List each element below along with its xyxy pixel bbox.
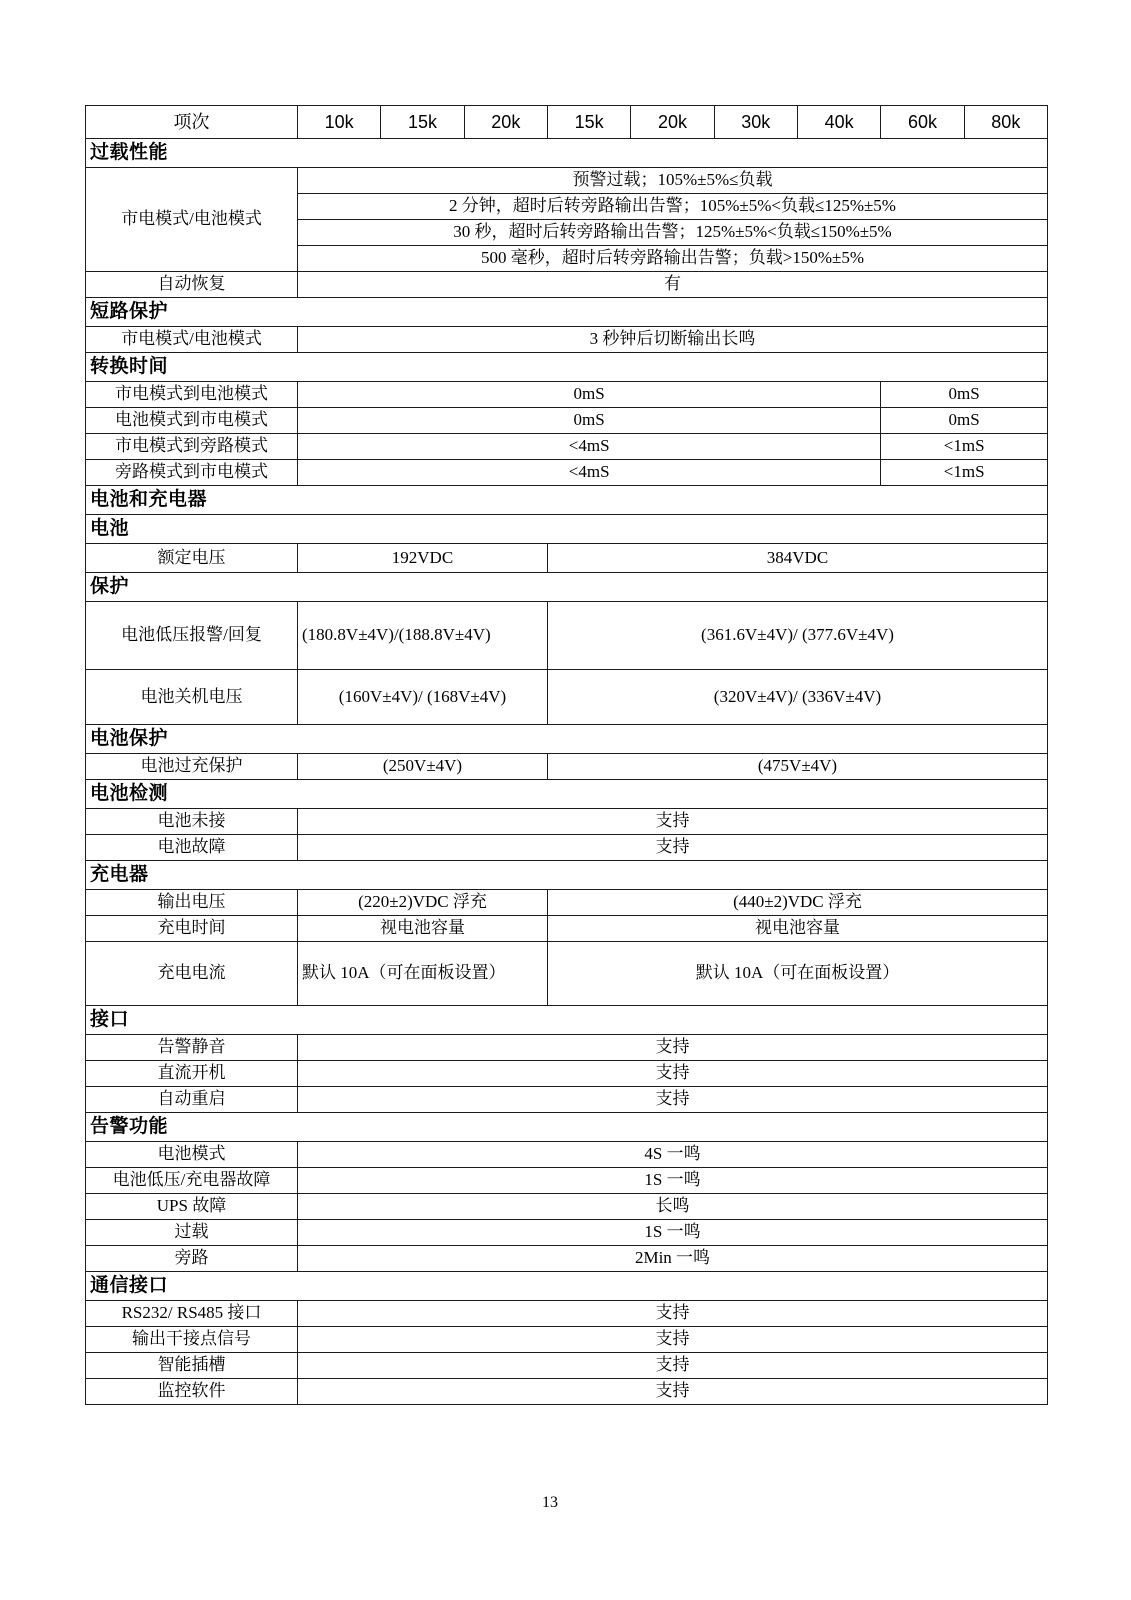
row-label: 市电模式/电池模式 xyxy=(86,327,298,353)
section-row: 电池检测 xyxy=(86,780,1048,809)
section-row: 保护 xyxy=(86,573,1048,602)
cell-value: 支持 xyxy=(298,1327,1048,1353)
section-row: 通信接口 xyxy=(86,1272,1048,1301)
cell-value: 384VDC xyxy=(547,544,1047,573)
table-row: 旁路2Min 一鸣 xyxy=(86,1246,1048,1272)
row-label: 监控软件 xyxy=(86,1379,298,1405)
cell-value: (160V±4V)/ (168V±4V) xyxy=(298,670,548,725)
row-label: 电池过充保护 xyxy=(86,754,298,780)
cell-value: (361.6V±4V)/ (377.6V±4V) xyxy=(547,602,1047,670)
table-row: 电池关机电压(160V±4V)/ (168V±4V)(320V±4V)/ (33… xyxy=(86,670,1048,725)
row-label: 充电时间 xyxy=(86,916,298,942)
section-row: 电池和充电器 xyxy=(86,486,1048,515)
table-row: 过载1S 一鸣 xyxy=(86,1220,1048,1246)
cell-value: 0mS xyxy=(881,382,1048,408)
row-label: 额定电压 xyxy=(86,544,298,573)
section-row: 短路保护 xyxy=(86,298,1048,327)
row-label: 电池模式 xyxy=(86,1142,298,1168)
section-title: 充电器 xyxy=(86,861,1048,890)
column-header: 10k xyxy=(298,106,381,139)
table-row: 旁路模式到市电模式<4mS<1mS xyxy=(86,460,1048,486)
row-label: 过载 xyxy=(86,1220,298,1246)
section-row: 转换时间 xyxy=(86,353,1048,382)
table-row: 电池未接支持 xyxy=(86,809,1048,835)
table-row: 监控软件支持 xyxy=(86,1379,1048,1405)
cell-value: 有 xyxy=(298,272,1048,298)
row-label: 直流开机 xyxy=(86,1061,298,1087)
cell-value: 默认 10A（可在面板设置） xyxy=(547,942,1047,1006)
table-row: 电池模式4S 一鸣 xyxy=(86,1142,1048,1168)
cell-value: 3 秒钟后切断输出长鸣 xyxy=(298,327,1048,353)
table-row: 直流开机支持 xyxy=(86,1061,1048,1087)
column-header: 80k xyxy=(964,106,1047,139)
cell-value: <1mS xyxy=(881,460,1048,486)
cell-value: (475V±4V) xyxy=(547,754,1047,780)
section-title: 通信接口 xyxy=(86,1272,1048,1301)
table-row: 充电时间视电池容量视电池容量 xyxy=(86,916,1048,942)
table-row: 电池模式到市电模式0mS0mS xyxy=(86,408,1048,434)
cell-value: <4mS xyxy=(298,434,881,460)
cell-value: 支持 xyxy=(298,1353,1048,1379)
cell-value: 默认 10A（可在面板设置） xyxy=(298,942,548,1006)
column-header: 15k xyxy=(547,106,630,139)
section-title: 电池和充电器 xyxy=(86,486,1048,515)
header-row: 项次10k15k20k15k20k30k40k60k80k xyxy=(86,106,1048,139)
cell-value: 2Min 一鸣 xyxy=(298,1246,1048,1272)
column-header: 20k xyxy=(464,106,547,139)
cell-value: 预警过载；105%±5%≤负载 xyxy=(298,168,1048,194)
section-title: 电池保护 xyxy=(86,725,1048,754)
table-row: 电池故障支持 xyxy=(86,835,1048,861)
table-row: 电池低压/充电器故障1S 一鸣 xyxy=(86,1168,1048,1194)
row-label: 自动重启 xyxy=(86,1087,298,1113)
column-header: 30k xyxy=(714,106,797,139)
column-header: 20k xyxy=(631,106,714,139)
cell-value: 支持 xyxy=(298,835,1048,861)
table-row: 充电电流默认 10A（可在面板设置）默认 10A（可在面板设置） xyxy=(86,942,1048,1006)
table-row: 智能插槽支持 xyxy=(86,1353,1048,1379)
row-label: 电池关机电压 xyxy=(86,670,298,725)
page-number: 13 xyxy=(0,1494,1100,1512)
row-label: 市电模式/电池模式 xyxy=(86,168,298,272)
section-row: 充电器 xyxy=(86,861,1048,890)
table-row: UPS 故障长鸣 xyxy=(86,1194,1048,1220)
table-header: 项次10k15k20k15k20k30k40k60k80k xyxy=(86,106,1048,139)
row-label: 输出电压 xyxy=(86,890,298,916)
cell-value: 30 秒，超时后转旁路输出告警；125%±5%<负载≤150%±5% xyxy=(298,220,1048,246)
cell-value: 4S 一鸣 xyxy=(298,1142,1048,1168)
section-title: 过载性能 xyxy=(86,139,1048,168)
table-body: 过载性能市电模式/电池模式预警过载；105%±5%≤负载2 分钟，超时后转旁路输… xyxy=(86,139,1048,1405)
row-label: 电池低压报警/回复 xyxy=(86,602,298,670)
cell-value: <1mS xyxy=(881,434,1048,460)
header-item-label: 项次 xyxy=(86,106,298,139)
row-label: 电池故障 xyxy=(86,835,298,861)
section-title: 转换时间 xyxy=(86,353,1048,382)
spec-table: 项次10k15k20k15k20k30k40k60k80k 过载性能市电模式/电… xyxy=(85,105,1048,1405)
column-header: 15k xyxy=(381,106,464,139)
column-header: 40k xyxy=(797,106,880,139)
section-row: 电池 xyxy=(86,515,1048,544)
row-label: 输出干接点信号 xyxy=(86,1327,298,1353)
section-title: 告警功能 xyxy=(86,1113,1048,1142)
table-row: 额定电压192VDC384VDC xyxy=(86,544,1048,573)
row-label: 自动恢复 xyxy=(86,272,298,298)
cell-value: 支持 xyxy=(298,1087,1048,1113)
section-title: 接口 xyxy=(86,1006,1048,1035)
cell-value: (180.8V±4V)/(188.8V±4V) xyxy=(298,602,548,670)
document-page: 项次10k15k20k15k20k30k40k60k80k 过载性能市电模式/电… xyxy=(0,0,1131,1600)
table-row: 电池过充保护(250V±4V)(475V±4V) xyxy=(86,754,1048,780)
row-label: RS232/ RS485 接口 xyxy=(86,1301,298,1327)
section-row: 过载性能 xyxy=(86,139,1048,168)
row-label: 电池未接 xyxy=(86,809,298,835)
cell-value: 0mS xyxy=(881,408,1048,434)
cell-value: 500 毫秒，超时后转旁路输出告警；负载>150%±5% xyxy=(298,246,1048,272)
row-label: 旁路 xyxy=(86,1246,298,1272)
row-label: 智能插槽 xyxy=(86,1353,298,1379)
section-row: 接口 xyxy=(86,1006,1048,1035)
table-row: 自动恢复有 xyxy=(86,272,1048,298)
cell-value: 192VDC xyxy=(298,544,548,573)
cell-value: 长鸣 xyxy=(298,1194,1048,1220)
section-title: 电池检测 xyxy=(86,780,1048,809)
column-header: 60k xyxy=(881,106,964,139)
cell-value: <4mS xyxy=(298,460,881,486)
cell-value: (320V±4V)/ (336V±4V) xyxy=(547,670,1047,725)
cell-value: 支持 xyxy=(298,809,1048,835)
section-title: 短路保护 xyxy=(86,298,1048,327)
cell-value: 视电池容量 xyxy=(547,916,1047,942)
table-row: 自动重启支持 xyxy=(86,1087,1048,1113)
row-label: 电池模式到市电模式 xyxy=(86,408,298,434)
row-label: 市电模式到旁路模式 xyxy=(86,434,298,460)
cell-value: 支持 xyxy=(298,1035,1048,1061)
table-row: 电池低压报警/回复(180.8V±4V)/(188.8V±4V)(361.6V±… xyxy=(86,602,1048,670)
row-label: 充电电流 xyxy=(86,942,298,1006)
table-row: 市电模式/电池模式3 秒钟后切断输出长鸣 xyxy=(86,327,1048,353)
cell-value: 2 分钟，超时后转旁路输出告警；105%±5%<负载≤125%±5% xyxy=(298,194,1048,220)
cell-value: (220±2)VDC 浮充 xyxy=(298,890,548,916)
table-row: 市电模式到电池模式0mS0mS xyxy=(86,382,1048,408)
cell-value: 0mS xyxy=(298,408,881,434)
row-label: 电池低压/充电器故障 xyxy=(86,1168,298,1194)
row-label: 告警静音 xyxy=(86,1035,298,1061)
table-row: 告警静音支持 xyxy=(86,1035,1048,1061)
row-label: 市电模式到电池模式 xyxy=(86,382,298,408)
cell-value: 视电池容量 xyxy=(298,916,548,942)
cell-value: 支持 xyxy=(298,1061,1048,1087)
cell-value: 1S 一鸣 xyxy=(298,1220,1048,1246)
section-title: 保护 xyxy=(86,573,1048,602)
cell-value: 0mS xyxy=(298,382,881,408)
section-title: 电池 xyxy=(86,515,1048,544)
section-row: 告警功能 xyxy=(86,1113,1048,1142)
table-row: 输出干接点信号支持 xyxy=(86,1327,1048,1353)
cell-value: 支持 xyxy=(298,1301,1048,1327)
table-row: 市电模式到旁路模式<4mS<1mS xyxy=(86,434,1048,460)
cell-value: (440±2)VDC 浮充 xyxy=(547,890,1047,916)
table-row: RS232/ RS485 接口支持 xyxy=(86,1301,1048,1327)
table-row: 输出电压(220±2)VDC 浮充(440±2)VDC 浮充 xyxy=(86,890,1048,916)
row-label: 旁路模式到市电模式 xyxy=(86,460,298,486)
section-row: 电池保护 xyxy=(86,725,1048,754)
table-row: 市电模式/电池模式预警过载；105%±5%≤负载 xyxy=(86,168,1048,194)
row-label: UPS 故障 xyxy=(86,1194,298,1220)
cell-value: (250V±4V) xyxy=(298,754,548,780)
cell-value: 支持 xyxy=(298,1379,1048,1405)
cell-value: 1S 一鸣 xyxy=(298,1168,1048,1194)
